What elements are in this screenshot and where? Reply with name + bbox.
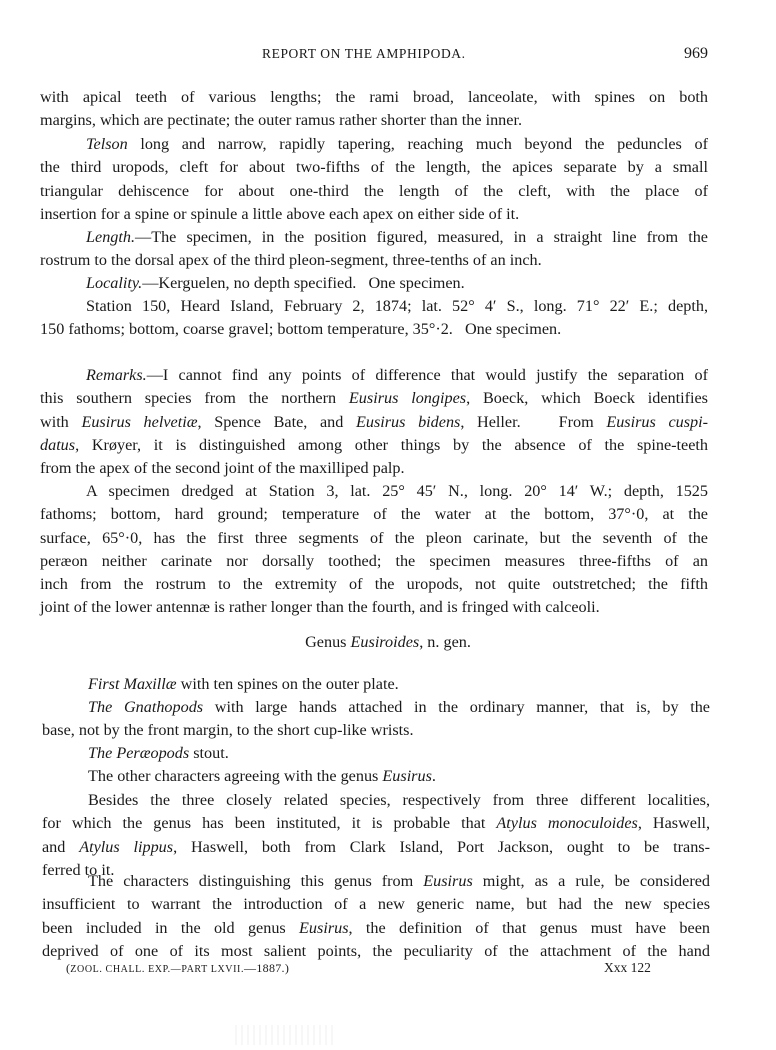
text-line: Locality.—Kerguelen, no depth specified.…: [40, 272, 708, 295]
running-header: REPORT ON THE AMPHIPODA. 969: [0, 46, 776, 68]
document-page: REPORT ON THE AMPHIPODA. 969 with apical…: [0, 0, 776, 1050]
text-line: and Atylus lippus, Haswell, both from Cl…: [42, 836, 710, 859]
text-span: The characters distinguishing this genus…: [88, 872, 423, 890]
text-span: with ten spines on the outer plate.: [177, 675, 399, 693]
text-line: 150 fathoms; bottom, coarse gravel; bott…: [40, 318, 708, 341]
text-line: joint of the lower antennæ is rather lon…: [40, 596, 708, 619]
gnathopods-paragraph: The Gnathopods with large hands attached…: [42, 696, 710, 743]
text-span: Genus: [305, 633, 350, 651]
text-line: datus, Krøyer, it is distinguished among…: [40, 434, 708, 457]
scan-artifact: [235, 1025, 335, 1045]
first-maxillae-paragraph: First Maxillæ with ten spines on the out…: [42, 673, 710, 696]
species-name: Eusirus helvetiæ: [81, 413, 197, 431]
locality-paragraph: Locality.—Kerguelen, no depth specified.…: [40, 272, 708, 295]
text-line: Besides the three closely related specie…: [42, 789, 710, 812]
species-name: Atylus monoculoides: [496, 814, 637, 832]
text-span: might, as a rule, be considered: [473, 872, 710, 890]
footer-series-note: (ZOOL. CHALL. EXP.—PART LXVII.—1887.): [66, 961, 289, 976]
text-line: with Eusirus helvetiæ, Spence Bate, and …: [40, 411, 708, 434]
locality-label: Locality.: [86, 274, 142, 292]
gnathopods-label: The Gnathopods: [88, 698, 203, 716]
text-span: long and narrow, rapidly tapering, reach…: [128, 135, 708, 153]
text-span: The other characters agreeing with the g…: [88, 767, 382, 785]
genus-name: Eusirus: [382, 767, 431, 785]
text-span: , Spence Bate, and: [198, 413, 356, 431]
genus-name: Eusiroides: [351, 633, 420, 651]
text-span: —I cannot find any points of difference …: [147, 366, 708, 384]
remarks-paragraph: Remarks.—I cannot find any points of dif…: [40, 364, 708, 480]
genus-name: Eusirus: [423, 872, 472, 890]
text-line: Remarks.—I cannot find any points of dif…: [40, 364, 708, 387]
running-title: REPORT ON THE AMPHIPODA.: [262, 46, 466, 62]
station-150-paragraph: Station 150, Heard Island, February 2, 1…: [40, 295, 708, 342]
telson-paragraph: Telson long and narrow, rapidly tapering…: [40, 133, 708, 226]
year: —1887.): [244, 961, 289, 975]
text-line: the third uropods, cleft for about two-f…: [40, 156, 708, 179]
text-line: surface, 65°·0, has the first three segm…: [40, 527, 708, 550]
text-line: The characters distinguishing this genus…: [42, 870, 710, 893]
series-label: ZOOL. CHALL. EXP.—PART LXVII.: [70, 964, 244, 975]
text-span: —The specimen, in the position figured, …: [135, 228, 708, 246]
text-span: with: [40, 413, 81, 431]
maxillae-label: First Maxillæ: [88, 675, 177, 693]
distinguishing-characters-paragraph: The characters distinguishing this genus…: [42, 870, 710, 963]
text-span: , Krøyer, it is distinguished among othe…: [75, 436, 708, 454]
text-span: for which the genus has been instituted,…: [42, 814, 496, 832]
remarks-label: Remarks.: [86, 366, 147, 384]
text-span: , Boeck, which Boeck identifies: [466, 389, 708, 407]
text-line: A specimen dredged at Station 3, lat. 25…: [40, 480, 708, 503]
page-number: 969: [684, 45, 708, 63]
uropod-description-paragraph: with apical teeth of various lengths; th…: [40, 86, 708, 133]
text-line: The Gnathopods with large hands attached…: [42, 696, 710, 719]
text-line: insufficient to warrant the introduction…: [42, 893, 710, 916]
text-span: , Haswell, both from Clark Island, Port …: [173, 838, 710, 856]
text-line: from the apex of the second joint of the…: [40, 457, 708, 480]
species-name: Eusirus longipes: [349, 389, 466, 407]
text-line: First Maxillæ with ten spines on the out…: [42, 673, 710, 696]
genus-heading: Genus Eusiroides, n. gen.: [0, 633, 776, 652]
text-line: this southern species from the northern …: [40, 387, 708, 410]
length-paragraph: Length.—The specimen, in the position fi…: [40, 226, 708, 273]
genus-name: Eusirus: [299, 919, 348, 937]
text-line: The other characters agreeing with the g…: [42, 765, 710, 788]
text-span: been included in the old genus: [42, 919, 299, 937]
text-line: for which the genus has been instituted,…: [42, 812, 710, 835]
signature-mark: Xxx 122: [604, 960, 651, 976]
station-3-paragraph: A specimen dredged at Station 3, lat. 25…: [40, 480, 708, 620]
text-line: fathoms; bottom, hard ground; temperatur…: [40, 503, 708, 526]
text-line: peræon neither carinate nor dorsally too…: [40, 550, 708, 573]
text-line: base, not by the front margin, to the sh…: [42, 719, 710, 742]
peraeopods-label: The Peræopods: [88, 744, 189, 762]
text-span: —Kerguelen, no depth specified. One spec…: [142, 274, 464, 292]
species-name: Eusirus bidens: [356, 413, 460, 431]
text-line: Length.—The specimen, in the position fi…: [40, 226, 708, 249]
length-label: Length.: [86, 228, 135, 246]
text-line: with apical teeth of various lengths; th…: [40, 86, 708, 109]
text-line: inch from the rostrum to the extremity o…: [40, 573, 708, 596]
text-span: , Haswell,: [638, 814, 710, 832]
text-line: The Peræopods stout.: [42, 742, 710, 765]
text-span: this southern species from the northern: [40, 389, 349, 407]
text-line: rostrum to the dorsal apex of the third …: [40, 249, 708, 272]
species-name: datus: [40, 436, 75, 454]
text-span: with large hands attached in the ordinar…: [203, 698, 710, 716]
other-characters-paragraph: The other characters agreeing with the g…: [42, 765, 710, 788]
text-line: Telson long and narrow, rapidly tapering…: [40, 133, 708, 156]
text-line: insertion for a spine or spinule a littl…: [40, 203, 708, 226]
species-name: Atylus lippus: [79, 838, 173, 856]
text-span: , Heller. From: [460, 413, 606, 431]
text-line: Station 150, Heard Island, February 2, 1…: [40, 295, 708, 318]
besides-paragraph: Besides the three closely related specie…: [42, 789, 710, 882]
text-line: been included in the old genus Eusirus, …: [42, 917, 710, 940]
peraeopods-paragraph: The Peræopods stout.: [42, 742, 710, 765]
species-name: Eusirus cuspi-: [606, 413, 708, 431]
text-span: and: [42, 838, 79, 856]
text-line: triangular dehiscence for about one-thir…: [40, 180, 708, 203]
text-span: , the definition of that genus must have…: [349, 919, 710, 937]
telson-label: Telson: [86, 135, 128, 153]
text-span: .: [432, 767, 436, 785]
text-span: stout.: [189, 744, 229, 762]
text-span: , n. gen.: [419, 633, 471, 651]
text-line: margins, which are pectinate; the outer …: [40, 109, 708, 132]
